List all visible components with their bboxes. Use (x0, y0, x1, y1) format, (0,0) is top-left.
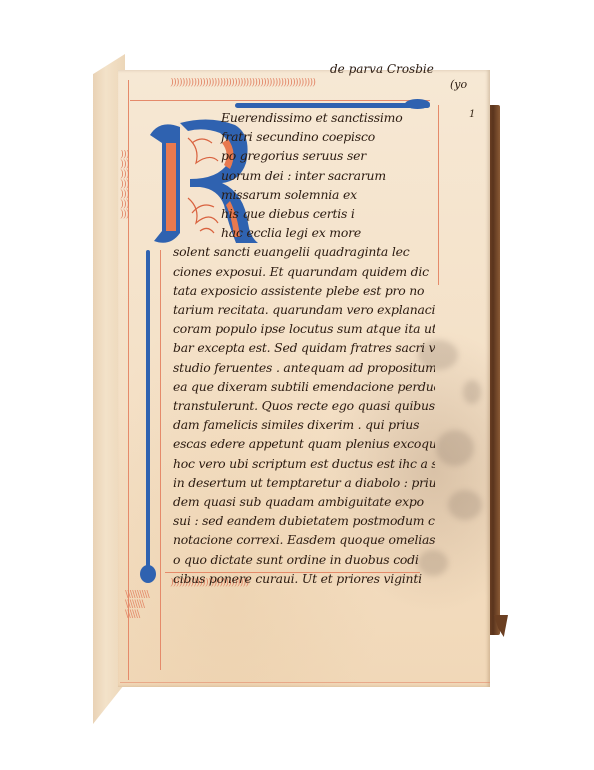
initial-extension-left (146, 250, 150, 570)
text-line: tarium recitata. quarundam vero explanac… (173, 300, 435, 319)
text-line: studio feruentes . antequam ad propositu… (173, 358, 435, 377)
text-line: missarum solemnia ex (173, 185, 435, 204)
photo-stage: ))))))))))))))))))))))))))))))))))))))))… (0, 0, 594, 770)
text-line: in desertum ut temptaretur a diabolo : p… (173, 473, 435, 492)
text-line: Euerendissimo et sanctissimo (173, 108, 435, 127)
text-line: hoc vero ubi scriptum est ductus est ihc… (173, 454, 435, 473)
penwork-border-foot (120, 682, 490, 683)
text-line: escas edere appetunt quam plenius excoqu… (173, 434, 435, 453)
text-line: notacione correxi. Easdem quoque omelias… (173, 530, 435, 549)
provenance-note-2: (yo (450, 78, 467, 91)
text-line: fratri secundino coepisco (173, 127, 435, 146)
text-line: sui : sed eandem dubietatem postmodum ce… (173, 511, 435, 530)
text-line: coram populo ipse locutus sum atque ita … (173, 319, 435, 338)
text-line: o quo dictate sunt ordine in duobus codi (173, 550, 435, 569)
folio-number: 1 (469, 109, 475, 120)
text-line: ciones exposui. Et quarundam quidem dic (173, 262, 435, 281)
text-line: solent sancti euangelii quadraginta lec (173, 242, 435, 261)
text-line: bar excepta est. Sed quidam fratres sacr… (173, 338, 435, 357)
text-line: dam famelicis similes dixerim . qui priu… (173, 415, 435, 434)
stain (448, 490, 482, 520)
text-line: ea que dixeram subtili emendacione perdu… (173, 377, 435, 396)
text-line: uorum dei : inter sacrarum (173, 166, 435, 185)
stain (436, 430, 474, 466)
text-line: tata exposicio assistente plebe est pro … (173, 281, 435, 300)
text-line: dem quasi sub quadam ambiguitate expo (173, 492, 435, 511)
penwork-border-right (438, 105, 439, 285)
text-line: po gregorius seruus ser (173, 146, 435, 165)
text-line: cibus ponere curaui. Ut et priores vigin… (173, 569, 435, 588)
initial-extension-bottom-end (140, 565, 156, 583)
provenance-note: de parva Crosbie (330, 62, 434, 76)
penwork-flourish-lower-left: \\\\\\\\\\\\\\\\\\\\\\\\ (125, 590, 185, 620)
manuscript-text: Euerendissimo et sanctissimo fratri secu… (173, 108, 435, 588)
penwork-border-top (130, 100, 430, 101)
text-line: transtulerunt. Quos recte ego quasi quib… (173, 396, 435, 415)
text-line: hac ecclia legi ex more (173, 223, 435, 242)
penwork-flourish-top: ))))))))))))))))))))))))))))))))))))))))… (170, 78, 420, 88)
penwork-flourish-left: ))))))))))))))))))))) (120, 150, 140, 220)
text-line: his que diebus certis i (173, 204, 435, 223)
stain (463, 380, 481, 404)
